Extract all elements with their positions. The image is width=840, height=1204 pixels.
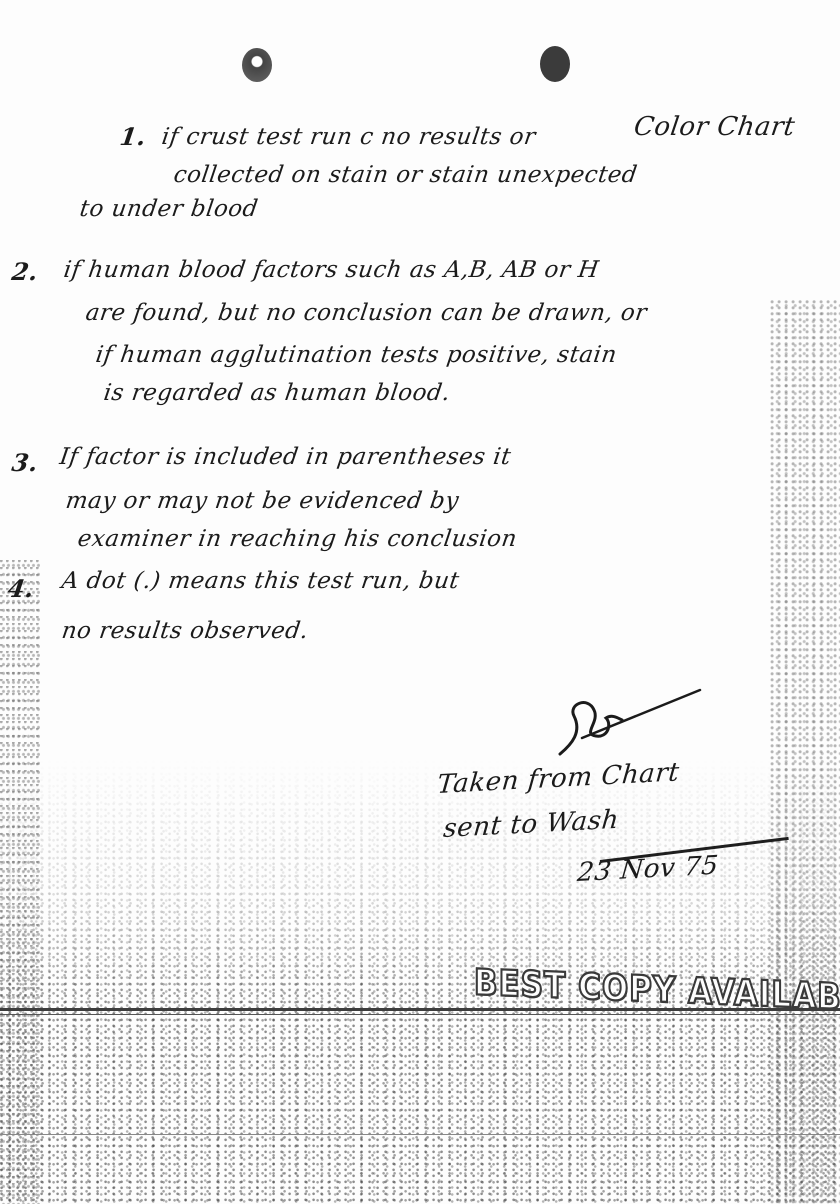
item-number: 1. — [118, 122, 148, 151]
best-copy-stamp: BEST COPY AVAILABLE — [474, 962, 840, 1020]
scan-rule-line — [0, 1014, 840, 1015]
item-line: collected on stain or stain unexpected — [172, 162, 639, 188]
item-line: if human agglutination tests positive, s… — [94, 342, 619, 368]
signature-note-line: sent to Wash — [442, 805, 620, 844]
document-page: Color Chart 1. if crust test run c no re… — [0, 0, 840, 1204]
item-line: If factor is included in parentheses it — [58, 444, 513, 470]
item-line: A dot (.) means this test run, but — [60, 568, 461, 594]
item-number: 3. — [10, 448, 40, 477]
item-line: if human blood factors such as A,B, AB o… — [62, 257, 601, 283]
item-line: is regarded as human blood. — [102, 380, 452, 406]
item-line: if crust test run c no results or — [160, 124, 537, 150]
punch-hole-icon — [242, 48, 272, 82]
item-line: may or may not be evidenced by — [64, 488, 461, 514]
punch-hole-icon — [540, 46, 570, 82]
signature-note-line: Taken from Chart — [436, 757, 681, 800]
scan-rule-line — [0, 1008, 840, 1011]
scan-noise-right — [770, 300, 840, 1204]
item-number: 2. — [10, 257, 40, 286]
item-line: to under blood — [78, 196, 260, 222]
scan-noise-left — [0, 560, 40, 1204]
scan-rule-line — [0, 1134, 840, 1135]
item-number: 4. — [6, 574, 36, 603]
item-line: examiner in reaching his conclusion — [76, 526, 519, 552]
signature-initials-icon — [552, 688, 712, 758]
header-note: Color Chart — [632, 112, 797, 142]
item-line: are found, but no conclusion can be draw… — [84, 300, 649, 326]
item-line: no results observed. — [60, 618, 310, 644]
